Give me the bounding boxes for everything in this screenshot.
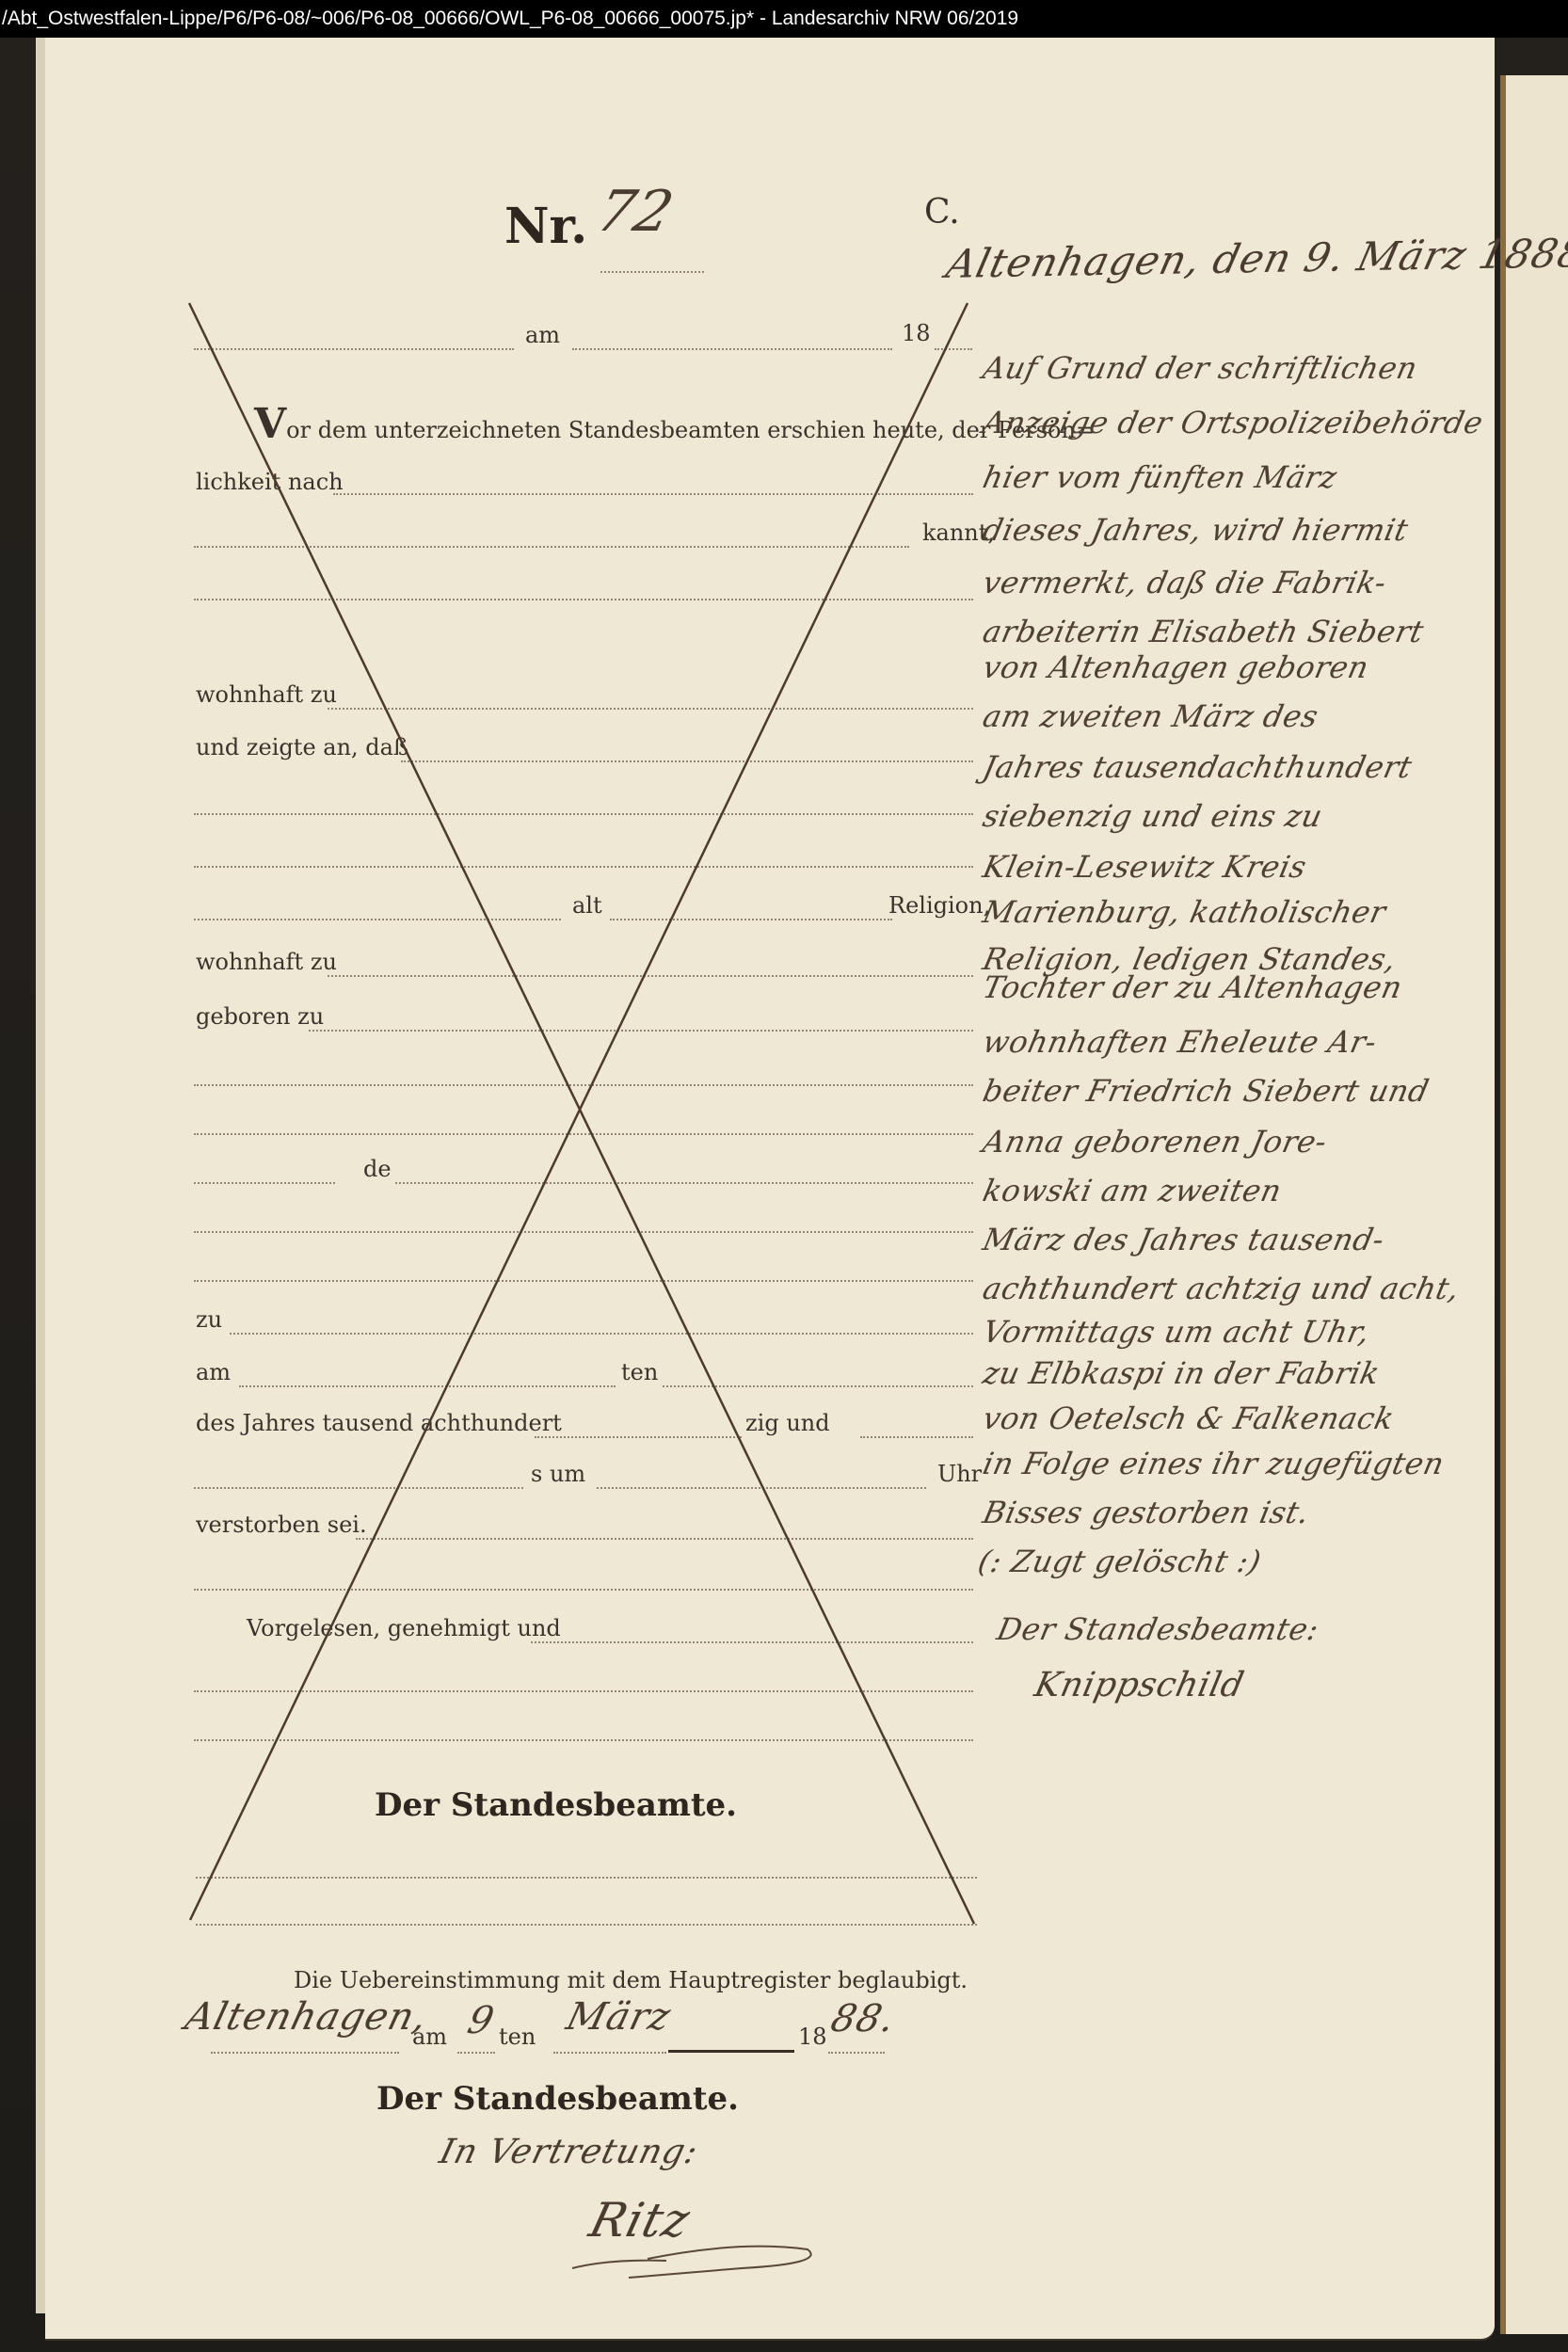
entry-line: wohnhaften Eheleute Ar-: [980, 1024, 1380, 1060]
cert-label-ten: ten: [499, 2024, 536, 2050]
window-title: /Abt_Ostwestfalen-Lippe/P6/P6-08/~006/P6…: [2, 8, 1018, 29]
entry-line: dieses Jahres, wird hiermit: [980, 512, 1412, 548]
cert-label-18: 18: [798, 2024, 827, 2050]
dotted-line: [828, 2052, 885, 2054]
entry-official-signature: Knippschild: [1032, 1666, 1248, 1704]
entry-line: zu Elbkaspi in der Fabrik: [980, 1355, 1383, 1391]
entry-line: hier vom fünften März: [980, 459, 1340, 495]
entry-line: Klein-Lesewitz Kreis: [980, 849, 1310, 885]
entry-line: Vormittags um acht Uhr,: [980, 1314, 1373, 1350]
cert-label-am: am: [412, 2024, 447, 2050]
dotted-line: [211, 2052, 399, 2054]
entry-line: Bisses gestorben ist.: [980, 1495, 1313, 1530]
entry-line: beiter Friedrich Siebert und: [980, 1073, 1432, 1109]
entry-line: Tochter der zu Altenhagen: [980, 969, 1405, 1005]
entry-line: Auf Grund der schriftlichen: [980, 350, 1421, 386]
cert-signature-line1: In Vertretung:: [436, 2133, 702, 2171]
entry-line: Jahres tausendachthundert: [980, 749, 1416, 785]
entry-line: Marienburg, katholischer: [980, 894, 1389, 930]
dotted-line: [457, 2052, 495, 2054]
adjacent-page-edge: [1500, 75, 1568, 2334]
entry-line: am zweiten März des: [980, 698, 1321, 734]
dotted-line: [553, 2052, 666, 2054]
signature-flourish-icon: [553, 2231, 836, 2306]
entry-line-deleted-note: (: Zugt gelöscht :): [975, 1544, 1265, 1579]
entry-line: März des Jahres tausend-: [980, 1222, 1387, 1257]
window-title-bar: /Abt_Ostwestfalen-Lippe/P6/P6-08/~006/P6…: [0, 0, 1568, 38]
cert-underline: [668, 2050, 794, 2053]
page-left-edge: [36, 38, 45, 2313]
cert-month-hand: März: [562, 1995, 675, 2039]
entry-line: Anna geborenen Jore-: [980, 1124, 1331, 1160]
entry-line: siebenzig und eins zu: [980, 798, 1326, 834]
entry-line: Anzeige der Ortspolizeibehörde: [980, 405, 1486, 440]
entry-line: von Oetelsch & Falkenack: [980, 1400, 1398, 1436]
cert-signature-title: Der Standesbeamte.: [376, 2080, 739, 2118]
entry-line: arbeiterin Elisabeth Siebert: [980, 614, 1427, 649]
cert-year-hand: 88.: [826, 1997, 900, 2040]
certification-text: Die Uebereinstimmung mit dem Hauptregist…: [294, 1967, 968, 1993]
entry-line: in Folge eines ihr zugefügten: [980, 1446, 1448, 1481]
entry-official-title: Der Standesbeamte:: [994, 1611, 1322, 1647]
entry-line: vermerkt, daß die Fabrik-: [980, 565, 1390, 600]
entry-line: von Altenhagen geboren: [980, 649, 1372, 685]
entry-line: achthundert achtzig und acht,: [980, 1271, 1463, 1306]
entry-line: kowski am zweiten: [980, 1173, 1285, 1208]
cert-place-hand: Altenhagen,: [181, 1995, 432, 2039]
